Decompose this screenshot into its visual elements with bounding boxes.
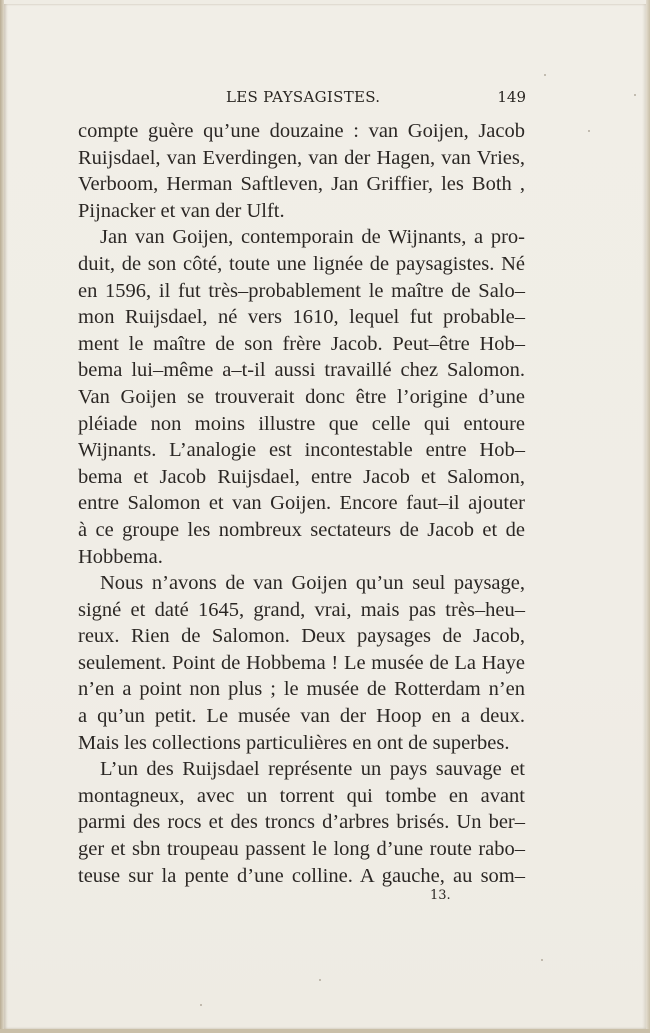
text-line: ger et sbn troupeau passent le long d’un… <box>78 836 525 863</box>
text-line: signé et daté 1645, grand, vrai, mais pa… <box>78 597 525 624</box>
text-line: duit, de son côté, toute une lignée de p… <box>78 251 525 278</box>
body-text: compte guère qu’une douzaine : van Goije… <box>78 118 525 889</box>
paper-speck <box>541 959 543 961</box>
text-line: bema et Jacob Ruijsdael, entre Jacob et … <box>78 464 525 491</box>
text-line: Ruijsdael, van Everdingen, van der Hagen… <box>78 145 525 172</box>
text-line: a qu’un petit. Le musée van der Hoop en … <box>78 703 525 730</box>
text-line: Jan van Goijen, contemporain de Wijnants… <box>78 224 525 251</box>
text-line: Mais les collections particulières en on… <box>78 730 525 757</box>
text-line: ment le maître de son frère Jacob. Peut–… <box>78 331 525 358</box>
text-line: bema lui–même a–t-il aussi travaillé che… <box>78 357 525 384</box>
text-line: n’en a point non plus ; le musée de Rott… <box>78 676 525 703</box>
text-line: seulement. Point de Hobbema ! Le musée d… <box>78 650 525 677</box>
paper-speck <box>634 94 636 96</box>
text-line: à ce groupe les nombreux sectateurs de J… <box>78 517 525 544</box>
text-line: Wijnants. L’analogie est incontestable e… <box>78 437 525 464</box>
running-header-title: LES PAYSAGISTES. <box>226 88 380 106</box>
text-line: en 1596, il fut très–probablement le maî… <box>78 278 525 305</box>
signature-mark: 13. <box>430 888 451 903</box>
running-header: LES PAYSAGISTES. 149 <box>226 88 526 110</box>
paper-speck <box>319 979 321 981</box>
page-number: 149 <box>497 88 526 106</box>
text-line: L’un des Ruijsdael représente un pays sa… <box>78 756 525 783</box>
text-line: Pijnacker et van der Ulft. <box>78 198 525 225</box>
paper-speck <box>544 74 546 76</box>
text-line: parmi des rocs et des troncs d’arbres br… <box>78 809 525 836</box>
text-line: mon Ruijsdael, né vers 1610, lequel fut … <box>78 304 525 331</box>
text-line: Nous n’avons de van Goijen qu’un seul pa… <box>78 570 525 597</box>
text-line: entre Salomon et van Goijen. Encore faut… <box>78 490 525 517</box>
text-line: teuse sur la pente d’une colline. A gauc… <box>78 863 525 890</box>
text-line: Van Goijen se trouverait donc être l’ori… <box>78 384 525 411</box>
text-line: reux. Rien de Salomon. Deux paysages de … <box>78 623 525 650</box>
page-bottom-edge <box>0 1029 650 1033</box>
text-line: pléiade non moins illustre que celle qui… <box>78 411 525 438</box>
page-right-edge <box>646 0 650 1033</box>
text-line: montagneux, avec un torrent qui tombe en… <box>78 783 525 810</box>
text-line: Hobbema. <box>78 544 525 571</box>
paper-speck <box>588 130 590 132</box>
text-line: Verboom, Herman Saftleven, Jan Griffier,… <box>78 171 525 198</box>
paper-speck <box>200 1004 202 1006</box>
text-line: compte guère qu’une douzaine : van Goije… <box>78 118 525 145</box>
